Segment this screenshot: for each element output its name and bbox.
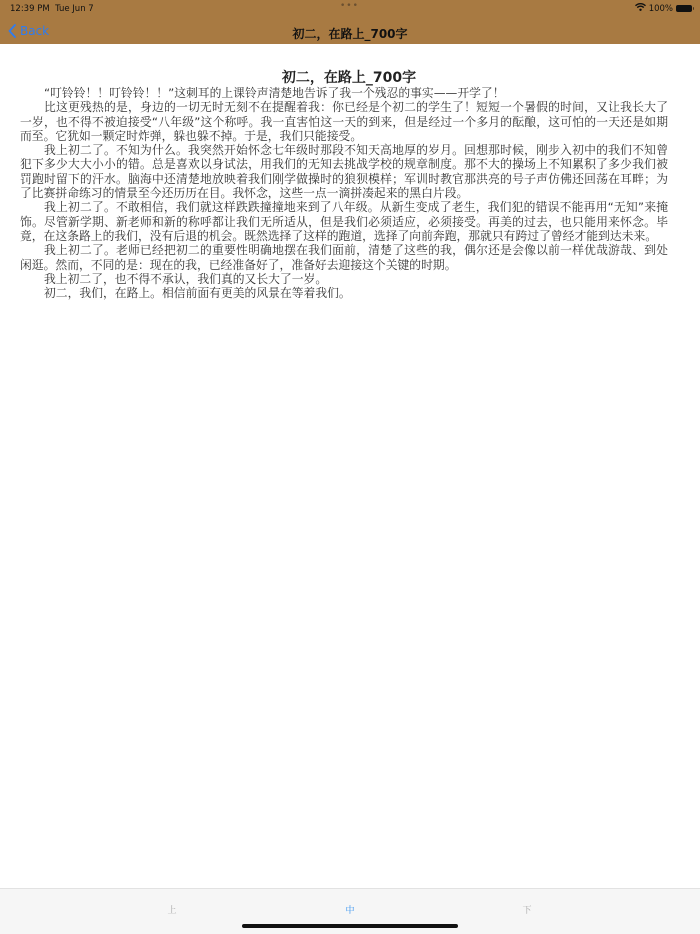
status-clock: 12:39 PM — [10, 4, 50, 14]
multitasking-dots[interactable]: ••• — [340, 1, 359, 11]
article-paragraph: “叮铃铃！！叮铃铃！！”这刺耳的上课铃声清楚地告诉了我一个残忍的事实——开学了！ — [20, 86, 668, 100]
article-content: 初二，在路上_700字 “叮铃铃！！叮铃铃！！”这刺耳的上课铃声清楚地告诉了我一… — [20, 70, 668, 300]
battery-icon — [676, 5, 692, 12]
article-paragraph: 我上初二了。不敢相信，我们就这样跌跌撞撞地来到了八年级。从新生变成了老生，我们犯… — [20, 200, 668, 243]
navigation-bar: Back 初二，在路上_700字 — [0, 22, 700, 44]
status-right: 100% — [635, 3, 692, 14]
article-paragraph: 比这更残热的是，身边的一切无时无刻不在提醒着我：你已经是个初二的学生了！短短一个… — [20, 100, 668, 143]
status-time: 12:39 PM Tue Jun 7 — [10, 4, 94, 14]
article-paragraph: 初二，我们，在路上。相信前面有更美的风景在等着我们。 — [20, 286, 668, 300]
battery-percent: 100% — [649, 4, 673, 14]
article-paragraph: 我上初二了。不知为什么。我突然开始怀念七年级时那段不知天高地厚的岁月。回想那时候… — [20, 143, 668, 200]
nav-title: 初二，在路上_700字 — [0, 25, 700, 42]
article-paragraph: 我上初二了。老师已经把初二的重要性明确地摆在我们面前，清楚了这些的我，偶尔还是会… — [20, 243, 668, 272]
tab-bar: 上 中 下 — [0, 888, 700, 934]
wifi-icon — [635, 3, 646, 14]
tab-previous[interactable]: 上 — [152, 903, 192, 916]
home-indicator[interactable] — [242, 924, 458, 928]
top-bar: 12:39 PM Tue Jun 7 ••• 100% Back 初二，在路上_… — [0, 0, 700, 44]
tab-current[interactable]: 中 — [330, 903, 370, 916]
status-date: Tue Jun 7 — [55, 4, 94, 14]
article-title: 初二，在路上_700字 — [20, 70, 668, 86]
tab-next[interactable]: 下 — [507, 903, 547, 916]
article-paragraph: 我上初二了，也不得不承认，我们真的又长大了一岁。 — [20, 272, 668, 286]
status-bar: 12:39 PM Tue Jun 7 ••• 100% — [0, 0, 700, 18]
